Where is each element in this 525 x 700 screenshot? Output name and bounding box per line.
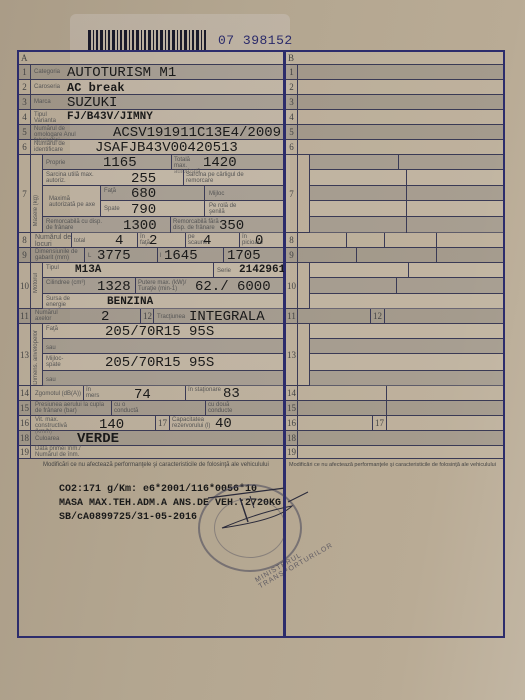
field-18-color: 18 Culoarea VERDE	[19, 431, 283, 446]
b-row-13: 13	[286, 324, 503, 386]
field-4-type: 4 Tipul Varianta FJ/B43V/JIMNY	[19, 110, 283, 125]
mass-towable: Remorcabilă cu disp. de frânare 1300 Rem…	[43, 217, 283, 233]
mass-payload: Sarcina utilă max. autoriz. 255 Sarcina …	[43, 170, 283, 186]
b-row-14: 14	[286, 386, 503, 401]
field-19-first-registration: 19 Data primei înm./ Numărul de înm.	[19, 446, 283, 459]
b-row-4: 4	[286, 110, 503, 125]
b-row-9: 9	[286, 248, 503, 263]
field-6-vin: 6 Numărul de identificare JSAFJB43V00420…	[19, 140, 283, 155]
tire-rear: Mijloc-spate 205/70R15 95S	[43, 354, 283, 371]
modification-line-3: SB/cA0899725/31-05-2016	[59, 512, 197, 523]
field-10-engine: 10 Motorul Tipul M13A Serie 2142961 Cili…	[19, 263, 283, 309]
section-b-header: B	[286, 52, 503, 65]
b-row-16-17: 16 17	[286, 416, 503, 431]
b-row-7: 7	[286, 155, 503, 233]
registration-certificate: 07 398152 A 1 Categoria AUTOTURISM M1 2 …	[0, 0, 525, 700]
mass-front-axle: Faţă 680 Mijloc	[101, 186, 283, 201]
field-1-category: 1 Categoria AUTOTURISM M1	[19, 65, 283, 80]
barcode	[88, 30, 206, 52]
b-row-8: 8	[286, 233, 503, 248]
field-16-17-speed-tank: 16 Vit. max. constructivă (km/h) 140 17 …	[19, 416, 283, 431]
tire-rear-alt: sau	[43, 371, 283, 386]
b-row-3: 3	[286, 95, 503, 110]
engine-type-serial: Tipul M13A Serie 2142961	[43, 263, 283, 278]
modifications-heading: Modificări ce nu afectează performanţele…	[43, 462, 269, 468]
field-9-dimensions: 9 Dimensiunile de gabarit (mm) L 3775 l …	[19, 248, 283, 263]
field-14-noise: 14 Zgomotul (dB(A)) în mers 74 în staţio…	[19, 386, 283, 401]
field-5-approval-year: 5 Numărul de omologare Anul fabricaţiei …	[19, 125, 283, 140]
mass-own-total: Proprie 1165 Totală max. autorizată 1420	[43, 155, 283, 170]
section-b: B 1 2 3 4 5 6 7 8 9 10	[284, 50, 505, 638]
b-modifications-heading: Modificări ce nu afectează performanţele…	[289, 462, 496, 468]
tire-front-alt: sau	[43, 339, 283, 354]
b-row-6: 6	[286, 140, 503, 155]
b-row-15: 15	[286, 401, 503, 416]
tire-front: Faţă 205/70R15 95S	[43, 324, 283, 339]
field-15-brake-pressure: 15 Presiunea aerului la cupla de frânare…	[19, 401, 283, 416]
engine-displacement-power: Cilindree (cm³) 1328 Putere max. (kW)/ T…	[43, 278, 283, 294]
engine-fuel: Sursa de energie BENZINA	[43, 294, 283, 309]
mass-rear-axle: Spate 790 Pe rolă de şenilă	[101, 201, 283, 217]
field-2-body: 2 Caroseria AC break	[19, 80, 283, 95]
b-row-10: 10	[286, 263, 503, 309]
b-row-1: 1	[286, 65, 503, 80]
field-7-masses: 7 Masele (kg) Proprie 1165 Totală max. a…	[19, 155, 283, 233]
section-a-header: A	[19, 52, 283, 65]
serial-number: 07 398152	[218, 33, 293, 48]
field-11-12-axles-traction: 11 Numărul axelor 2 12 Tracţiunea INTEGR…	[19, 309, 283, 324]
b-row-2: 2	[286, 80, 503, 95]
b-row-5: 5	[286, 125, 503, 140]
field-3-make: 3 Marca SUZUKI	[19, 95, 283, 110]
b-row-19: 19	[286, 446, 503, 459]
b-row-11-12: 11 12	[286, 309, 503, 324]
b-row-18: 18	[286, 431, 503, 446]
field-8-seats: 8 Numărul de locuri total 4 în faţă 2 pe…	[19, 233, 283, 248]
field-13-tires: 13 Dimens. anvelopelor Faţă 205/70R15 95…	[19, 324, 283, 386]
